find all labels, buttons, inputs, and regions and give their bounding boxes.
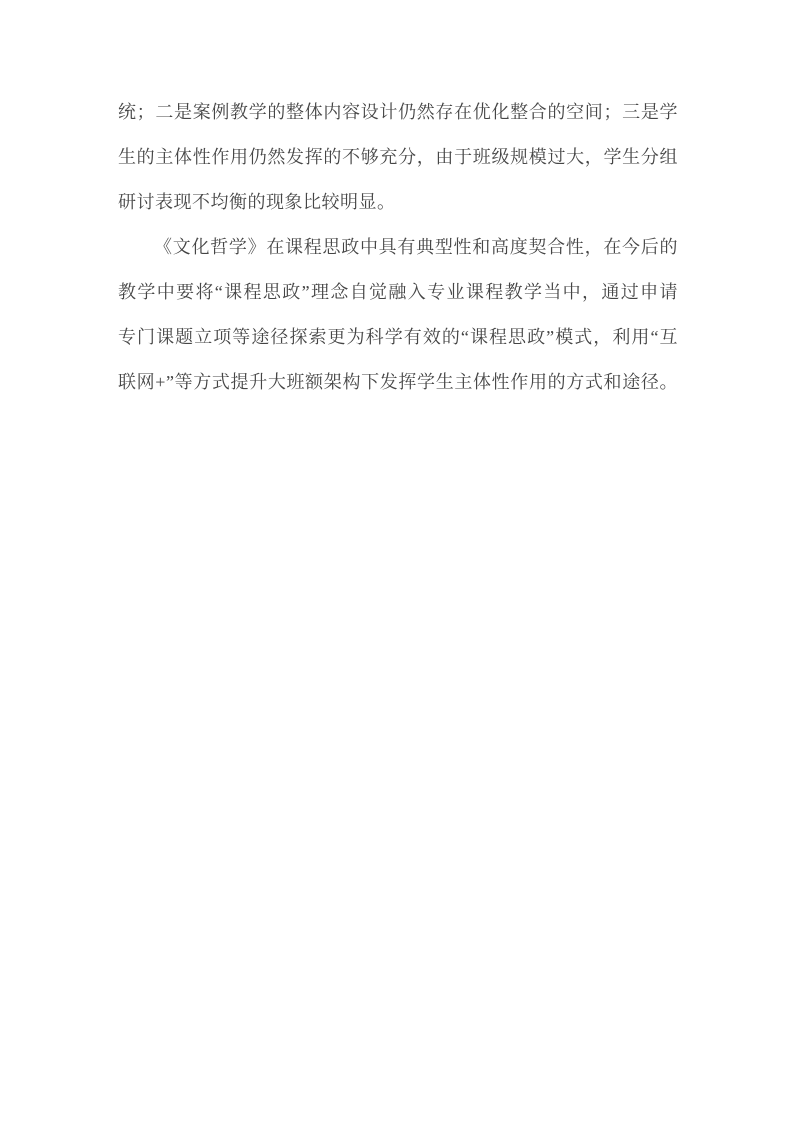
text-line: 研讨表现不均衡的现象比较明显。 — [118, 180, 678, 225]
document-page: 统；二是案例教学的整体内容设计仍然存在优化整合的空间；三是学 生的主体性作用仍然… — [0, 0, 793, 1123]
paragraph-1: 统；二是案例教学的整体内容设计仍然存在优化整合的空间；三是学 生的主体性作用仍然… — [118, 90, 678, 225]
text-line: 联网+”等方式提升大班额架构下发挥学生主体性作用的方式和途径。 — [118, 360, 678, 405]
text-block: 统；二是案例教学的整体内容设计仍然存在优化整合的空间；三是学 生的主体性作用仍然… — [118, 90, 678, 405]
text-line: 统；二是案例教学的整体内容设计仍然存在优化整合的空间；三是学 — [118, 90, 678, 135]
text-line: 《文化哲学》在课程思政中具有典型性和高度契合性，在今后的 — [118, 225, 678, 270]
text-line: 教学中要将“课程思政”理念自觉融入专业课程教学当中，通过申请 — [118, 270, 678, 315]
text-line: 生的主体性作用仍然发挥的不够充分，由于班级规模过大，学生分组 — [118, 135, 678, 180]
paragraph-2: 《文化哲学》在课程思政中具有典型性和高度契合性，在今后的 教学中要将“课程思政”… — [118, 225, 678, 405]
text-line: 专门课题立项等途径探索更为科学有效的“课程思政”模式，利用“互 — [118, 315, 678, 360]
